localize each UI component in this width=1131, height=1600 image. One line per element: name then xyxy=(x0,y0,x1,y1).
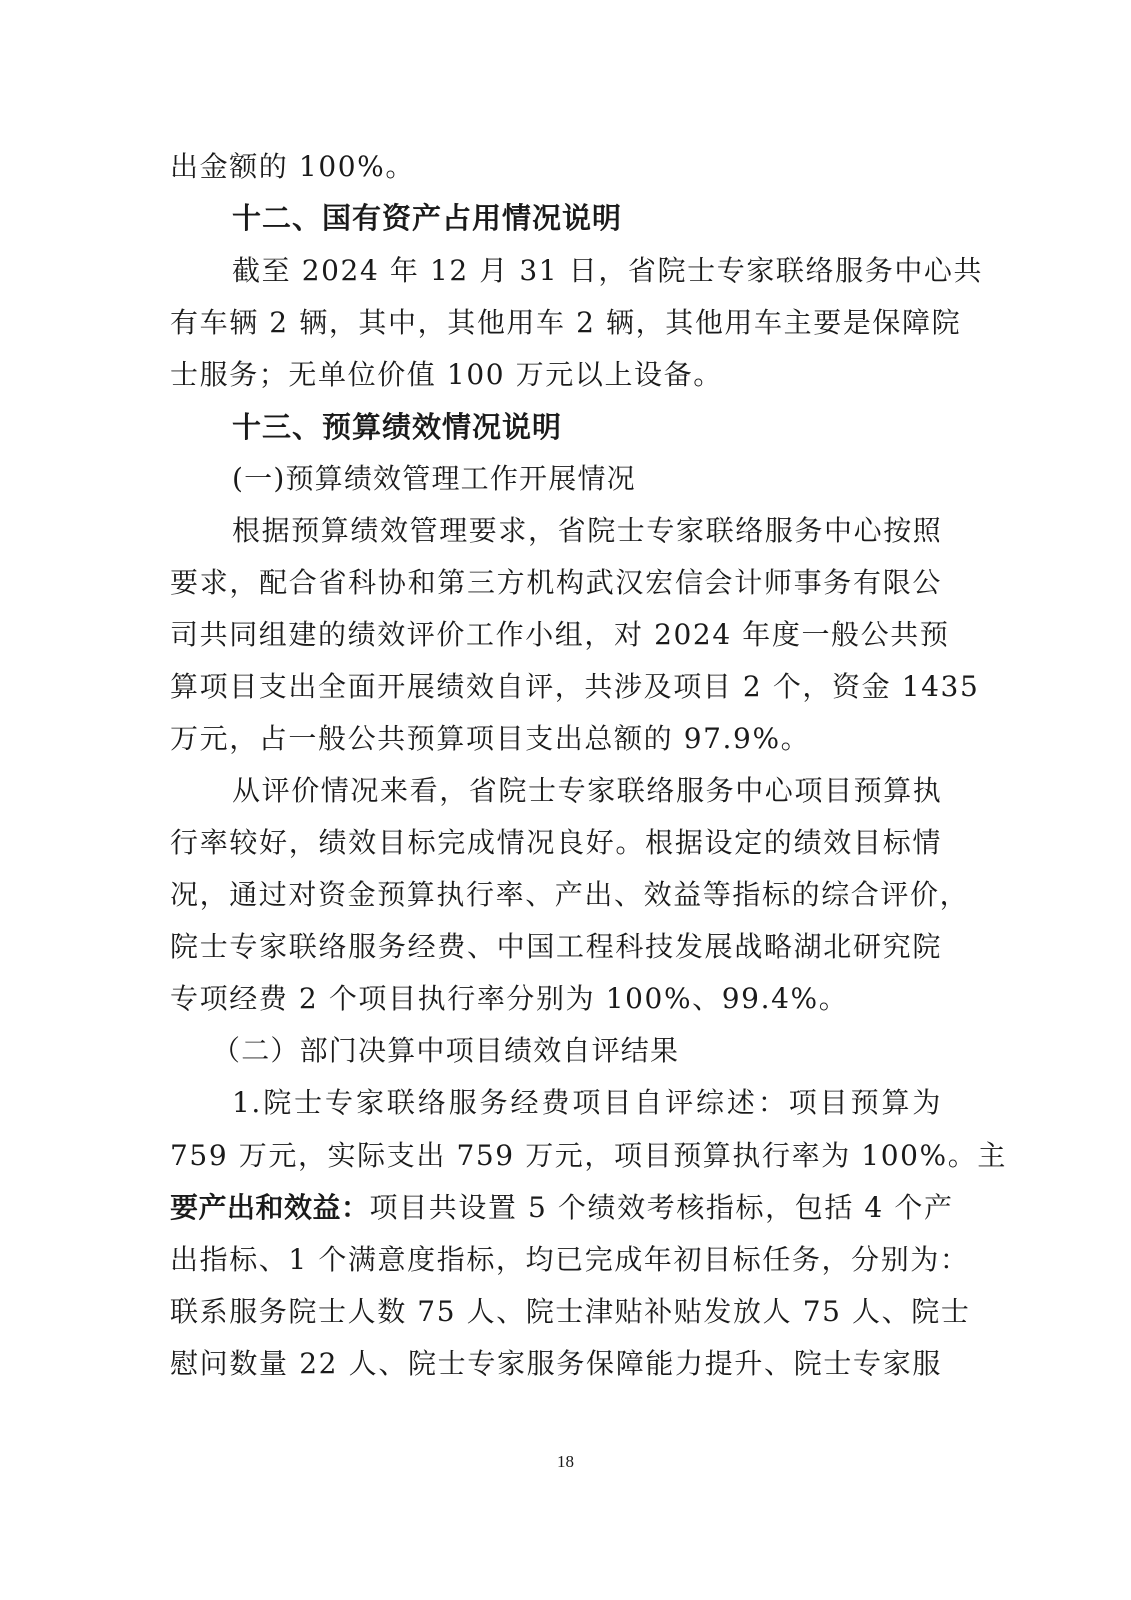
subsection-heading-1: (一)预算绩效管理工作开展情况 xyxy=(232,459,942,499)
paragraph-line: 专项经费 2 个项目执行率分别为 100%、99.4%。 xyxy=(170,979,942,1019)
paragraph-line: 1.院士专家联络服务经费项目自评综述：项目预算为 xyxy=(232,1083,942,1123)
paragraph-line: 士服务；无单位价值 100 万元以上设备。 xyxy=(170,355,942,395)
paragraph-line: 759 万元，实际支出 759 万元，项目预算执行率为 100%。主 xyxy=(170,1136,942,1176)
paragraph-line: 出指标、1 个满意度指标，均已完成年初目标任务，分别为： xyxy=(170,1240,942,1280)
paragraph-line: 要产出和效益：项目共设置 5 个绩效考核指标，包括 4 个产 xyxy=(170,1188,942,1228)
paragraph-line: 院士专家联络服务经费、中国工程科技发展战略湖北研究院 xyxy=(170,927,942,967)
section-heading-13: 十三、预算绩效情况说明 xyxy=(232,407,942,447)
paragraph-line: 司共同组建的绩效评价工作小组，对 2024 年度一般公共预 xyxy=(170,615,942,655)
paragraph-line: 有车辆 2 辆，其中，其他用车 2 辆，其他用车主要是保障院 xyxy=(170,303,942,343)
paragraph-line: 行率较好，绩效目标完成情况良好。根据设定的绩效目标情 xyxy=(170,823,942,863)
paragraph-continuation: 出金额的 100%。 xyxy=(170,147,942,187)
paragraph-line: 联系服务院士人数 75 人、院士津贴补贴发放人 75 人、院士 xyxy=(170,1292,942,1332)
bold-label: 要产出和效益： xyxy=(170,1191,370,1224)
paragraph-line: 根据预算绩效管理要求，省院士专家联络服务中心按照 xyxy=(232,511,942,551)
paragraph-line: 万元，占一般公共预算项目支出总额的 97.9%。 xyxy=(170,719,942,759)
document-page: 出金额的 100%。 十二、国有资产占用情况说明 截至 2024 年 12 月 … xyxy=(0,0,1131,1600)
page-number: 18 xyxy=(0,1452,1131,1472)
paragraph-line: 要求，配合省科协和第三方机构武汉宏信会计师事务有限公 xyxy=(170,563,942,603)
paragraph-line: 截至 2024 年 12 月 31 日，省院士专家联络服务中心共 xyxy=(232,251,942,291)
subsection-heading-2: （二）部门决算中项目绩效自评结果 xyxy=(212,1031,942,1071)
paragraph-line: 慰问数量 22 人、院士专家服务保障能力提升、院士专家服 xyxy=(170,1344,942,1384)
paragraph-line: 况，通过对资金预算执行率、产出、效益等指标的综合评价， xyxy=(170,875,942,915)
paragraph-line: 从评价情况来看，省院士专家联络服务中心项目预算执 xyxy=(232,771,942,811)
paragraph-text: 项目共设置 5 个绩效考核指标，包括 4 个产 xyxy=(370,1191,954,1224)
section-heading-12: 十二、国有资产占用情况说明 xyxy=(232,198,942,238)
paragraph-line: 算项目支出全面开展绩效自评，共涉及项目 2 个，资金 1435 xyxy=(170,667,942,707)
